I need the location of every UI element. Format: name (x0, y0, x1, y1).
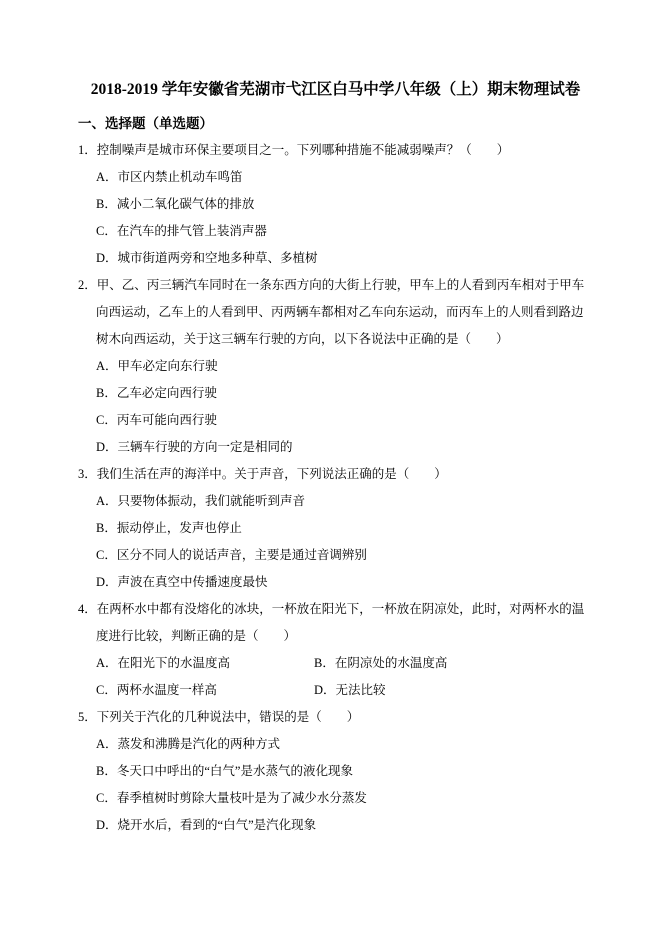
option-c-label: C． (96, 224, 117, 238)
option-d-label: D． (314, 683, 336, 697)
question-5-option-c: C．春季植树时剪除大量枝叶是为了减少水分蒸发 (96, 785, 593, 812)
option-b-label: B． (96, 197, 117, 211)
option-c-text: 丙车可能向西行驶 (117, 413, 217, 427)
option-c-label: C． (96, 548, 117, 562)
question-1-body: 控制噪声是城市环保主要项目之一。下列哪种措施不能减弱噪声？（ ） (97, 143, 510, 157)
question-5-body: 下列关于汽化的几种说法中，错误的是（ ） (97, 710, 360, 724)
question-4: 4．在两杯水中都有没熔化的冰块，一杯放在阳光下，一杯放在阴凉处，此时，对两杯水的… (78, 596, 593, 704)
question-4-text: 4．在两杯水中都有没熔化的冰块，一杯放在阳光下，一杯放在阴凉处，此时，对两杯水的… (78, 596, 593, 650)
question-3-body: 我们生活在声的海洋中。关于声音，下列说法正确的是（ ） (97, 467, 447, 481)
option-d-text: 烧开水后，看到的“白气”是汽化现象 (118, 818, 317, 832)
option-a-text: 蒸发和沸腾是汽化的两种方式 (118, 737, 281, 751)
option-b-text: 冬天口中呼出的“白气”是水蒸气的液化现象 (117, 764, 353, 778)
question-4-option-a: A．在阳光下的水温度高 (96, 650, 314, 677)
question-5: 5．下列关于汽化的几种说法中，错误的是（ ） A．蒸发和沸腾是汽化的两种方式 B… (78, 704, 593, 839)
question-3-number: 3． (78, 467, 97, 481)
option-a-text: 在阳光下的水温度高 (118, 656, 231, 670)
question-1-option-a: A．市区内禁止机动车鸣笛 (96, 164, 593, 191)
section-heading: 一、选择题（单选题） (78, 110, 593, 137)
question-2-option-b: B．乙车必定向西行驶 (96, 380, 593, 407)
option-c-label: C． (96, 791, 117, 805)
option-d-label: D． (96, 440, 118, 454)
option-d-text: 城市街道两旁和空地多种草、多植树 (118, 251, 318, 265)
question-3-option-d: D．声波在真空中传播速度最快 (96, 569, 593, 596)
option-a-label: A． (96, 170, 118, 184)
question-3-text: 3．我们生活在声的海洋中。关于声音，下列说法正确的是（ ） (78, 461, 593, 488)
option-a-label: A． (96, 494, 118, 508)
option-a-label: A． (96, 656, 118, 670)
option-c-text: 在汽车的排气管上装消声器 (117, 224, 267, 238)
option-a-label: A． (96, 359, 118, 373)
question-1-option-b: B．减小二氧化碳气体的排放 (96, 191, 593, 218)
question-2-option-c: C．丙车可能向西行驶 (96, 407, 593, 434)
question-5-option-b: B．冬天口中呼出的“白气”是水蒸气的液化现象 (96, 758, 593, 785)
page-title: 2018-2019 学年安徽省芜湖市弋江区白马中学八年级（上）期末物理试卷 (89, 70, 583, 110)
option-d-label: D． (96, 251, 118, 265)
question-3-option-a: A．只要物体振动，我们就能听到声音 (96, 488, 593, 515)
option-c-text: 区分不同人的说话声音，主要是通过音调辨别 (117, 548, 367, 562)
option-b-label: B． (96, 764, 117, 778)
question-4-option-b: B．在阴凉处的水温度高 (314, 650, 593, 677)
option-c-text: 春季植树时剪除大量枝叶是为了减少水分蒸发 (117, 791, 367, 805)
option-d-text: 无法比较 (336, 683, 386, 697)
question-3: 3．我们生活在声的海洋中。关于声音，下列说法正确的是（ ） A．只要物体振动，我… (78, 461, 593, 596)
question-4-option-c: C．两杯水温度一样高 (96, 677, 314, 704)
question-2-options: A．甲车必定向东行驶 B．乙车必定向西行驶 C．丙车可能向西行驶 D．三辆车行驶… (78, 353, 593, 461)
question-3-options: A．只要物体振动，我们就能听到声音 B．振动停止，发声也停止 C．区分不同人的说… (78, 488, 593, 596)
option-d-label: D． (96, 575, 118, 589)
question-2-text: 2．甲、乙、丙三辆汽车同时在一条东西方向的大街上行驶，甲车上的人看到丙车相对于甲… (78, 272, 593, 353)
option-b-text: 乙车必定向西行驶 (117, 386, 217, 400)
option-b-label: B． (96, 386, 117, 400)
question-4-body: 在两杯水中都有没熔化的冰块，一杯放在阳光下，一杯放在阴凉处，此时，对两杯水的温度… (96, 602, 584, 643)
option-d-label: D． (96, 818, 118, 832)
document-content: 2018-2019 学年安徽省芜湖市弋江区白马中学八年级（上）期末物理试卷 一、… (0, 0, 661, 839)
question-1-options: A．市区内禁止机动车鸣笛 B．减小二氧化碳气体的排放 C．在汽车的排气管上装消声… (78, 164, 593, 272)
option-b-text: 减小二氧化碳气体的排放 (117, 197, 255, 211)
option-a-text: 市区内禁止机动车鸣笛 (118, 170, 243, 184)
question-2: 2．甲、乙、丙三辆汽车同时在一条东西方向的大街上行驶，甲车上的人看到丙车相对于甲… (78, 272, 593, 461)
question-1: 1．控制噪声是城市环保主要项目之一。下列哪种措施不能减弱噪声？（ ） A．市区内… (78, 137, 593, 272)
question-3-option-b: B．振动停止，发声也停止 (96, 515, 593, 542)
question-3-option-c: C．区分不同人的说话声音，主要是通过音调辨别 (96, 542, 593, 569)
option-c-text: 两杯水温度一样高 (117, 683, 217, 697)
question-1-text: 1．控制噪声是城市环保主要项目之一。下列哪种措施不能减弱噪声？（ ） (78, 137, 593, 164)
question-5-text: 5．下列关于汽化的几种说法中，错误的是（ ） (78, 704, 593, 731)
option-d-text: 三辆车行驶的方向一定是相同的 (118, 440, 293, 454)
question-2-number: 2． (78, 278, 97, 292)
question-5-option-a: A．蒸发和沸腾是汽化的两种方式 (96, 731, 593, 758)
option-c-label: C． (96, 683, 117, 697)
option-b-text: 振动停止，发声也停止 (117, 521, 242, 535)
exam-document-page: 2018-2019 学年安徽省芜湖市弋江区白马中学八年级（上）期末物理试卷 一、… (0, 0, 661, 935)
option-a-label: A． (96, 737, 118, 751)
question-2-body: 甲、乙、丙三辆汽车同时在一条东西方向的大街上行驶，甲车上的人看到丙车相对于甲车向… (96, 278, 584, 346)
question-1-number: 1． (78, 143, 97, 157)
question-4-option-d: D．无法比较 (314, 677, 593, 704)
option-a-text: 甲车必定向东行驶 (118, 359, 218, 373)
option-d-text: 声波在真空中传播速度最快 (118, 575, 268, 589)
question-5-option-d: D．烧开水后，看到的“白气”是汽化现象 (96, 812, 593, 839)
question-4-number: 4． (78, 602, 97, 616)
question-1-option-c: C．在汽车的排气管上装消声器 (96, 218, 593, 245)
option-a-text: 只要物体振动，我们就能听到声音 (118, 494, 306, 508)
question-2-option-a: A．甲车必定向东行驶 (96, 353, 593, 380)
option-c-label: C． (96, 413, 117, 427)
option-b-label: B． (96, 521, 117, 535)
option-b-text: 在阴凉处的水温度高 (335, 656, 448, 670)
question-1-option-d: D．城市街道两旁和空地多种草、多植树 (96, 245, 593, 272)
question-4-options: A．在阳光下的水温度高 B．在阴凉处的水温度高 C．两杯水温度一样高 D．无法比… (78, 650, 593, 704)
question-5-options: A．蒸发和沸腾是汽化的两种方式 B．冬天口中呼出的“白气”是水蒸气的液化现象 C… (78, 731, 593, 839)
question-2-option-d: D．三辆车行驶的方向一定是相同的 (96, 434, 593, 461)
question-5-number: 5． (78, 710, 97, 724)
option-b-label: B． (314, 656, 335, 670)
